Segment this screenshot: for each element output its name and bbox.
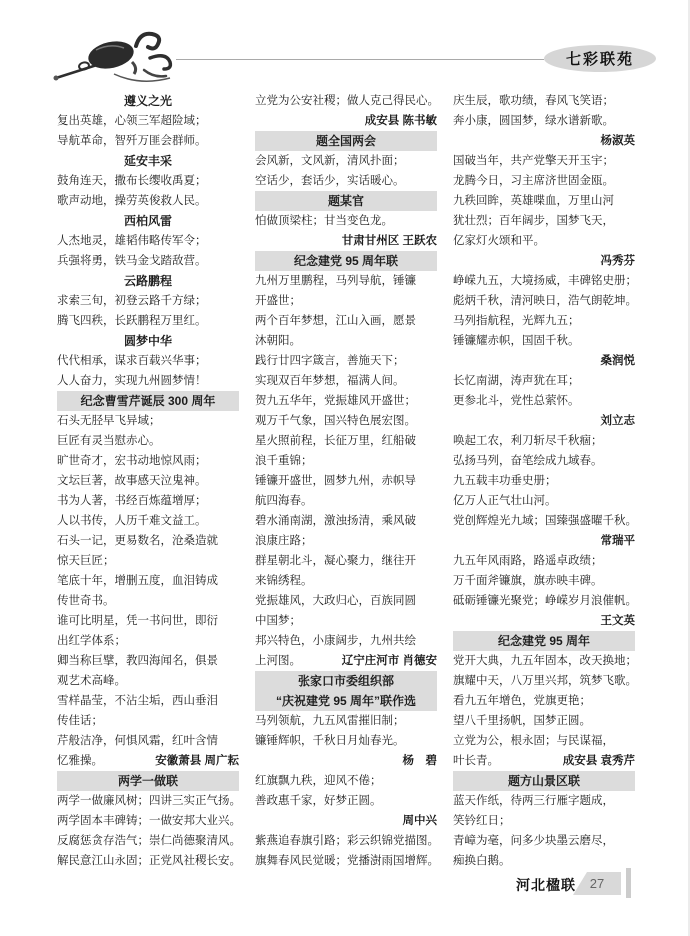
couplet-line: 观艺术高峰。 <box>57 671 239 691</box>
couplet-line: 党开大典，九五年固本，改天换地； <box>453 651 635 671</box>
couplet-line: 砥砺锤镰光聚党；峥嵘岁月浪催帆。 <box>453 591 635 611</box>
author-attribution: 甘肃甘州区 王跃农 <box>255 231 437 251</box>
couplet-line: 惊天巨匠； <box>57 551 239 571</box>
couplet-line: 善政惠千家，好梦正圆。 <box>255 791 437 811</box>
couplet-line: 实现双百年梦想，福满人间。 <box>255 371 437 391</box>
column-middle: 立党为公安社稷；做人克己得民心。成安县 陈书敏题全国两会会风新，文风新，清风扑面… <box>255 91 437 871</box>
couplet-line: 马列领航，九五风雷摧旧制； <box>255 711 437 731</box>
couplet-line: 九五年风雨路，路遥卓政绩； <box>453 551 635 571</box>
author-attribution: 成安县 袁秀芹 <box>563 751 635 771</box>
couplet-line: 青嶂为毫，问多少块墨云磨尽， <box>453 831 635 851</box>
couplet-line: 党创辉煌光九域；国臻强盛曜千秋。 <box>453 511 635 531</box>
couplet-line: 谁可比明星，凭一书问世，即衍 <box>57 611 239 631</box>
couplet-line: 奔小康，圆国梦，绿水谱新歌。 <box>453 111 635 131</box>
couplet-line: 望八千里扬帆，国梦正圆。 <box>453 711 635 731</box>
couplet-line: 镰锤辉帜，千秋日月灿春光。 <box>255 731 437 751</box>
couplet-line-with-author: 上河图。辽宁庄河市 肖德安 <box>255 651 437 671</box>
couplet-line: 践行廿四字箴言，善施天下； <box>255 351 437 371</box>
couplet-line: 沐朝阳。 <box>255 331 437 351</box>
couplet-line: 亿万人正气壮山河。 <box>453 491 635 511</box>
column-right: 庆生辰，歌功绩，春风飞笑语；奔小康，圆国梦，绿水谱新歌。杨淑英国破当年，共产党擎… <box>453 91 635 871</box>
couplet-line: 红旗飘九秩，迎风不倦； <box>255 771 437 791</box>
couplet-line: 来锦绣程。 <box>255 571 437 591</box>
couplet-line: 人以书传，人历千难文益工。 <box>57 511 239 531</box>
couplet-line: 贺九五华年，党振雄风开盛世； <box>255 391 437 411</box>
couplet-line: 旗舞春风民觉暖；党播澍雨国增辉。 <box>255 851 437 871</box>
page-number: 27 <box>590 876 604 891</box>
couplet-line: 更参北斗，党性总萦怀。 <box>453 391 635 411</box>
couplet-line: 国破当年，共产党擎天开玉宇； <box>453 151 635 171</box>
section-header: 两学一做联 <box>57 771 239 791</box>
couplet-title: 遵义之光 <box>57 91 239 111</box>
couplet-line: 人人奋力，实现九州圆梦情！ <box>57 371 239 391</box>
couplet-line: 蓝天作纸，待两三行雁字题成， <box>453 791 635 811</box>
couplet-line: 上河图。 <box>255 651 301 671</box>
couplet-line: 石头无胫早飞异域； <box>57 411 239 431</box>
author-attribution: 常瑞平 <box>453 531 635 551</box>
couplet-line: 卿当称巨擘，教四海闻名，俱景 <box>57 651 239 671</box>
couplet-line: 文坛巨著，故事感天泣鬼神。 <box>57 471 239 491</box>
couplet-line: 浪康庄路； <box>255 531 437 551</box>
couplet-line: 彪炳千秋，清河映日，浩气朗乾坤。 <box>453 291 635 311</box>
couplet-line: 两学固本丰碑铸；一做安邦大业兴。 <box>57 811 239 831</box>
section-header: “庆祝建党 95 周年”联作选 <box>255 691 437 711</box>
couplet-line: 痴换白鹅。 <box>453 851 635 871</box>
couplet-line: 九五载丰功垂史册； <box>453 471 635 491</box>
column-left: 遵义之光复出英雄，心领三军超险域；导航革命，智歼万匪会群师。延安丰采鼓角连天，撒… <box>57 91 239 871</box>
couplet-line: 空话少，套话少，实话暖心。 <box>255 171 437 191</box>
couplet-line: 代代相承，谋求百载兴华事； <box>57 351 239 371</box>
author-attribution: 桑润悦 <box>453 351 635 371</box>
author-attribution: 冯秀芬 <box>453 251 635 271</box>
couplet-line: 石头一记，更易数名，沧桑造就 <box>57 531 239 551</box>
couplet-line: 腾飞四秩，长跃鹏程万里红。 <box>57 311 239 331</box>
couplet-line: 出红学体系； <box>57 631 239 651</box>
section-header: 张家口市委组织部 <box>255 671 437 691</box>
couplet-line: 看九五年增色，党旗更艳； <box>453 691 635 711</box>
couplet-line: 龙腾今日，习主席济世固金瓯。 <box>453 171 635 191</box>
couplet-line: 犹壮烈；百年阔步，国梦飞天， <box>453 211 635 231</box>
couplet-line: 兵强将勇，铁马金戈踏敌营。 <box>57 251 239 271</box>
masthead-rule <box>176 59 544 60</box>
section-header: 题方山景区联 <box>453 771 635 791</box>
couplet-line: 浪千重锦； <box>255 451 437 471</box>
couplet-line: 旷世奇才，宏书动地惊风雨； <box>57 451 239 471</box>
section-header: 题全国两会 <box>255 131 437 151</box>
author-attribution: 辽宁庄河市 肖德安 <box>342 651 437 671</box>
couplet-line: 传世奇书。 <box>57 591 239 611</box>
couplet-line: 唤起工农，利刀斩尽千秋痼； <box>453 431 635 451</box>
couplet-line: 万千面斧镰旗，旗赤映丰碑。 <box>453 571 635 591</box>
couplet-line: 群星朝北斗，凝心聚力，继往开 <box>255 551 437 571</box>
couplet-line: 叶长青。 <box>453 751 499 771</box>
couplet-line-with-author: 叶长青。成安县 袁秀芹 <box>453 751 635 771</box>
couplet-line: 开盛世； <box>255 291 437 311</box>
couplet-line: 观万千气象，国兴特色展宏图。 <box>255 411 437 431</box>
page-number-badge: 27 <box>573 872 621 895</box>
couplet-line: 星火照前程，长征万里，红船破 <box>255 431 437 451</box>
section-badge: 七彩联苑 <box>544 45 656 72</box>
section-header: 题某官 <box>255 191 437 211</box>
author-attribution: 杨淑英 <box>453 131 635 151</box>
couplet-line: 九秩回眸，英雄喋血，万里山河 <box>453 191 635 211</box>
couplet-line: 怕做顶梁柱；甘当变色龙。 <box>255 211 437 231</box>
page-footer: 河北楹联 27 <box>0 871 690 901</box>
couplet-title: 圆梦中华 <box>57 331 239 351</box>
author-attribution: 周中兴 <box>255 811 437 831</box>
content-columns: 遵义之光复出英雄，心领三军超险域；导航革命，智歼万匪会群师。延安丰采鼓角连天，撒… <box>57 91 635 871</box>
couplet-line: 会风新，文风新，清风扑面； <box>255 151 437 171</box>
couplet-line: 长忆南湖，涛声犹在耳； <box>453 371 635 391</box>
author-attribution: 安徽萧县 周广耘 <box>155 751 239 771</box>
couplet-line: 两个百年梦想，江山入画，愿景 <box>255 311 437 331</box>
couplet-line: 紫燕追春旗引路；彩云织锦党描图。 <box>255 831 437 851</box>
couplet-line: 歌声动地，操劳英俊救人民。 <box>57 191 239 211</box>
couplet-line: 邦兴特色，小康阔步，九州共绘 <box>255 631 437 651</box>
couplet-line: 传佳话； <box>57 711 239 731</box>
couplet-line: 党振雄风，大政归心，百族同圆 <box>255 591 437 611</box>
section-header: 纪念曹雪芹诞辰 300 周年 <box>57 391 239 411</box>
couplet-line: 两学一做廉风树；四讲三实正气扬。 <box>57 791 239 811</box>
couplet-line: 解民意江山永固；正党风社稷长安。 <box>57 851 239 871</box>
section-header: 纪念建党 95 周年联 <box>255 251 437 271</box>
couplet-title: 云路鹏程 <box>57 271 239 291</box>
couplet-line: 马列指航程，光辉九五； <box>453 311 635 331</box>
couplet-line: 碧水涌南湖，激浊扬清，乘风破 <box>255 511 437 531</box>
couplet-line: 庆生辰，歌功绩，春风飞笑语； <box>453 91 635 111</box>
ink-brush-cloud-ornament-icon <box>48 28 178 90</box>
couplet-title: 延安丰采 <box>57 151 239 171</box>
footer-accent-bar <box>626 868 631 898</box>
couplet-line: 巨匠有灵当慰赤心。 <box>57 431 239 451</box>
couplet-line: 导航革命，智歼万匪会群师。 <box>57 131 239 151</box>
couplet-line: 亿家灯火颂和平。 <box>453 231 635 251</box>
couplet-line: 弘扬马列，奋笔绘成九域春。 <box>453 451 635 471</box>
couplet-line: 锤镰耀赤帜，国固千秋。 <box>453 331 635 351</box>
couplet-line: 忆雅操。 <box>57 751 103 771</box>
couplet-line: 旗耀中天，八万里兴邦，筑梦飞歌。 <box>453 671 635 691</box>
magazine-page: 七彩联苑 遵义之光复出英雄，心领三军超险域；导航革命，智歼万匪会群师。延安丰采鼓… <box>0 0 690 936</box>
author-attribution: 王文英 <box>453 611 635 631</box>
couplet-line-with-author: 忆雅操。安徽萧县 周广耘 <box>57 751 239 771</box>
couplet-line: 雪样晶莹，不沾尘垢，西山垂泪 <box>57 691 239 711</box>
couplet-line: 人杰地灵，雄韬伟略传军令； <box>57 231 239 251</box>
couplet-line: 立党为公安社稷；做人克己得民心。 <box>255 91 437 111</box>
couplet-line: 书为人著，书经百炼蕴增厚； <box>57 491 239 511</box>
journal-title: 河北楹联 <box>516 875 576 895</box>
couplet-title: 西柏风雷 <box>57 211 239 231</box>
couplet-line: 笑钤红日； <box>453 811 635 831</box>
couplet-line: 九州万里鹏程，马列导航，锤镰 <box>255 271 437 291</box>
couplet-line: 求索三旬，初登云路千方绿； <box>57 291 239 311</box>
couplet-line: 立党为公，根永固；与民谋福， <box>453 731 635 751</box>
couplet-line: 笔底十年，增删五度，血泪铸成 <box>57 571 239 591</box>
couplet-line: 反腐惩贪存浩气；崇仁尚德聚清风。 <box>57 831 239 851</box>
couplet-line: 峥嵘九五，大境扬威，丰碑铭史册； <box>453 271 635 291</box>
couplet-line: 芹般洁净，何惧风霜，红叶含情 <box>57 731 239 751</box>
author-attribution: 杨 碧 <box>255 751 437 771</box>
author-attribution: 成安县 陈书敏 <box>255 111 437 131</box>
couplet-line: 鼓角连天，撒布长缨收禹夏； <box>57 171 239 191</box>
couplet-line: 复出英雄，心领三军超险域； <box>57 111 239 131</box>
couplet-line: 航四海春。 <box>255 491 437 511</box>
section-header: 纪念建党 95 周年 <box>453 631 635 651</box>
author-attribution: 刘立志 <box>453 411 635 431</box>
couplet-line: 锤镰开盛世，圆梦九州，赤帜导 <box>255 471 437 491</box>
couplet-line: 中国梦； <box>255 611 437 631</box>
